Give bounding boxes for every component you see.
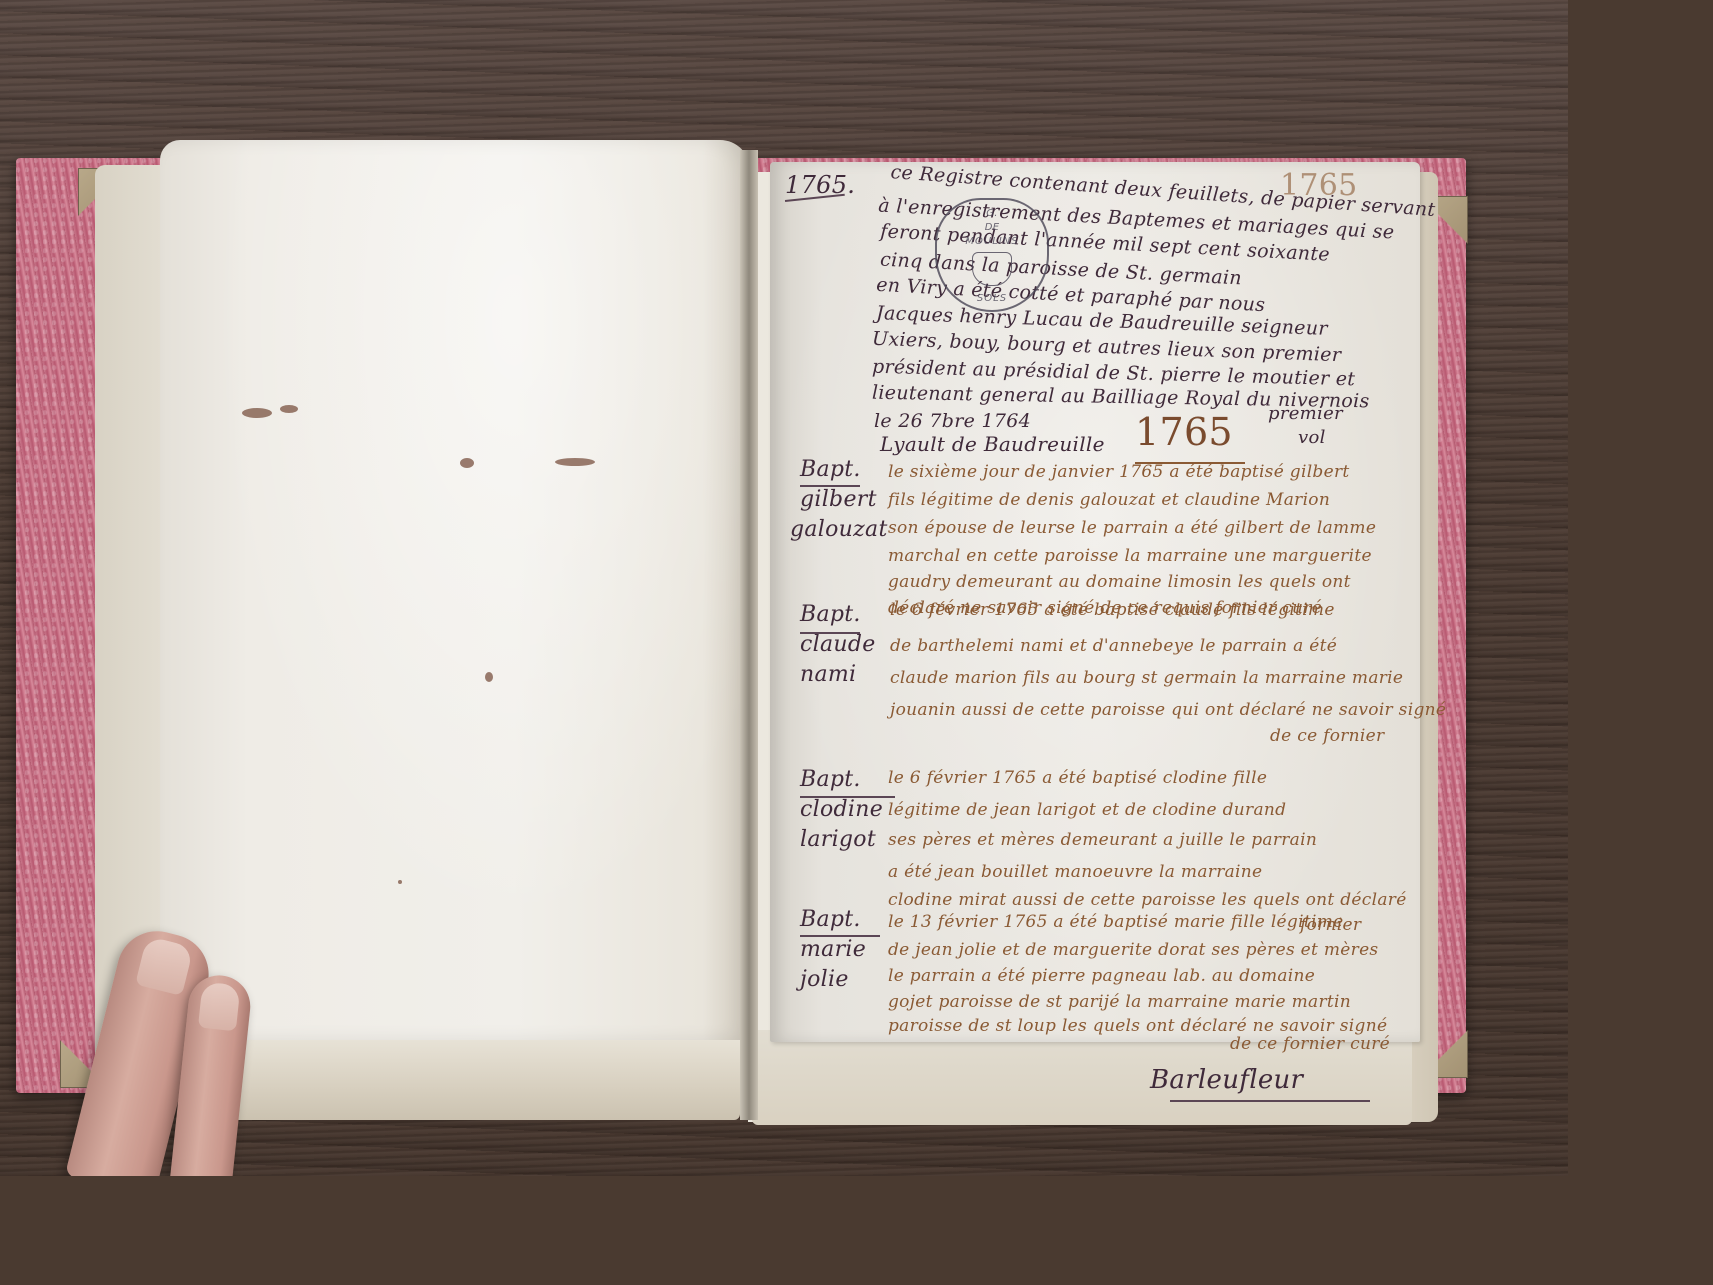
underline bbox=[800, 485, 860, 487]
entry-margin: Bapt. marie jolie bbox=[800, 905, 866, 995]
entry-margin: Bapt. gilbert galouzat bbox=[800, 455, 888, 545]
underline bbox=[800, 632, 860, 634]
bottom-signature: Barleufleur bbox=[1150, 1065, 1303, 1095]
page-stack-bottom-left bbox=[200, 1040, 740, 1120]
left-page-blank bbox=[160, 140, 750, 1040]
signature-underline bbox=[1170, 1100, 1370, 1102]
underline bbox=[800, 935, 880, 937]
ink-stain bbox=[280, 405, 298, 413]
underline bbox=[800, 796, 895, 798]
book-gutter bbox=[740, 150, 758, 1120]
side-note: premier vol bbox=[1268, 402, 1343, 450]
ink-stain bbox=[555, 458, 595, 466]
ink-stain bbox=[485, 672, 493, 682]
entry-margin: Bapt. claude nami bbox=[800, 600, 876, 690]
year-label: 1765 bbox=[1135, 410, 1233, 454]
tax-stamp-seal: G. DE MOULINS SOLS bbox=[935, 198, 1049, 312]
coat-of-arms-icon bbox=[972, 252, 1012, 286]
ink-stain bbox=[242, 408, 272, 418]
ink-stain bbox=[460, 458, 474, 468]
entry-margin: Bapt. clodine larigot bbox=[800, 765, 883, 855]
heading-signature: Lyault de Baudreuille bbox=[880, 432, 1105, 456]
ink-stain bbox=[398, 880, 402, 884]
